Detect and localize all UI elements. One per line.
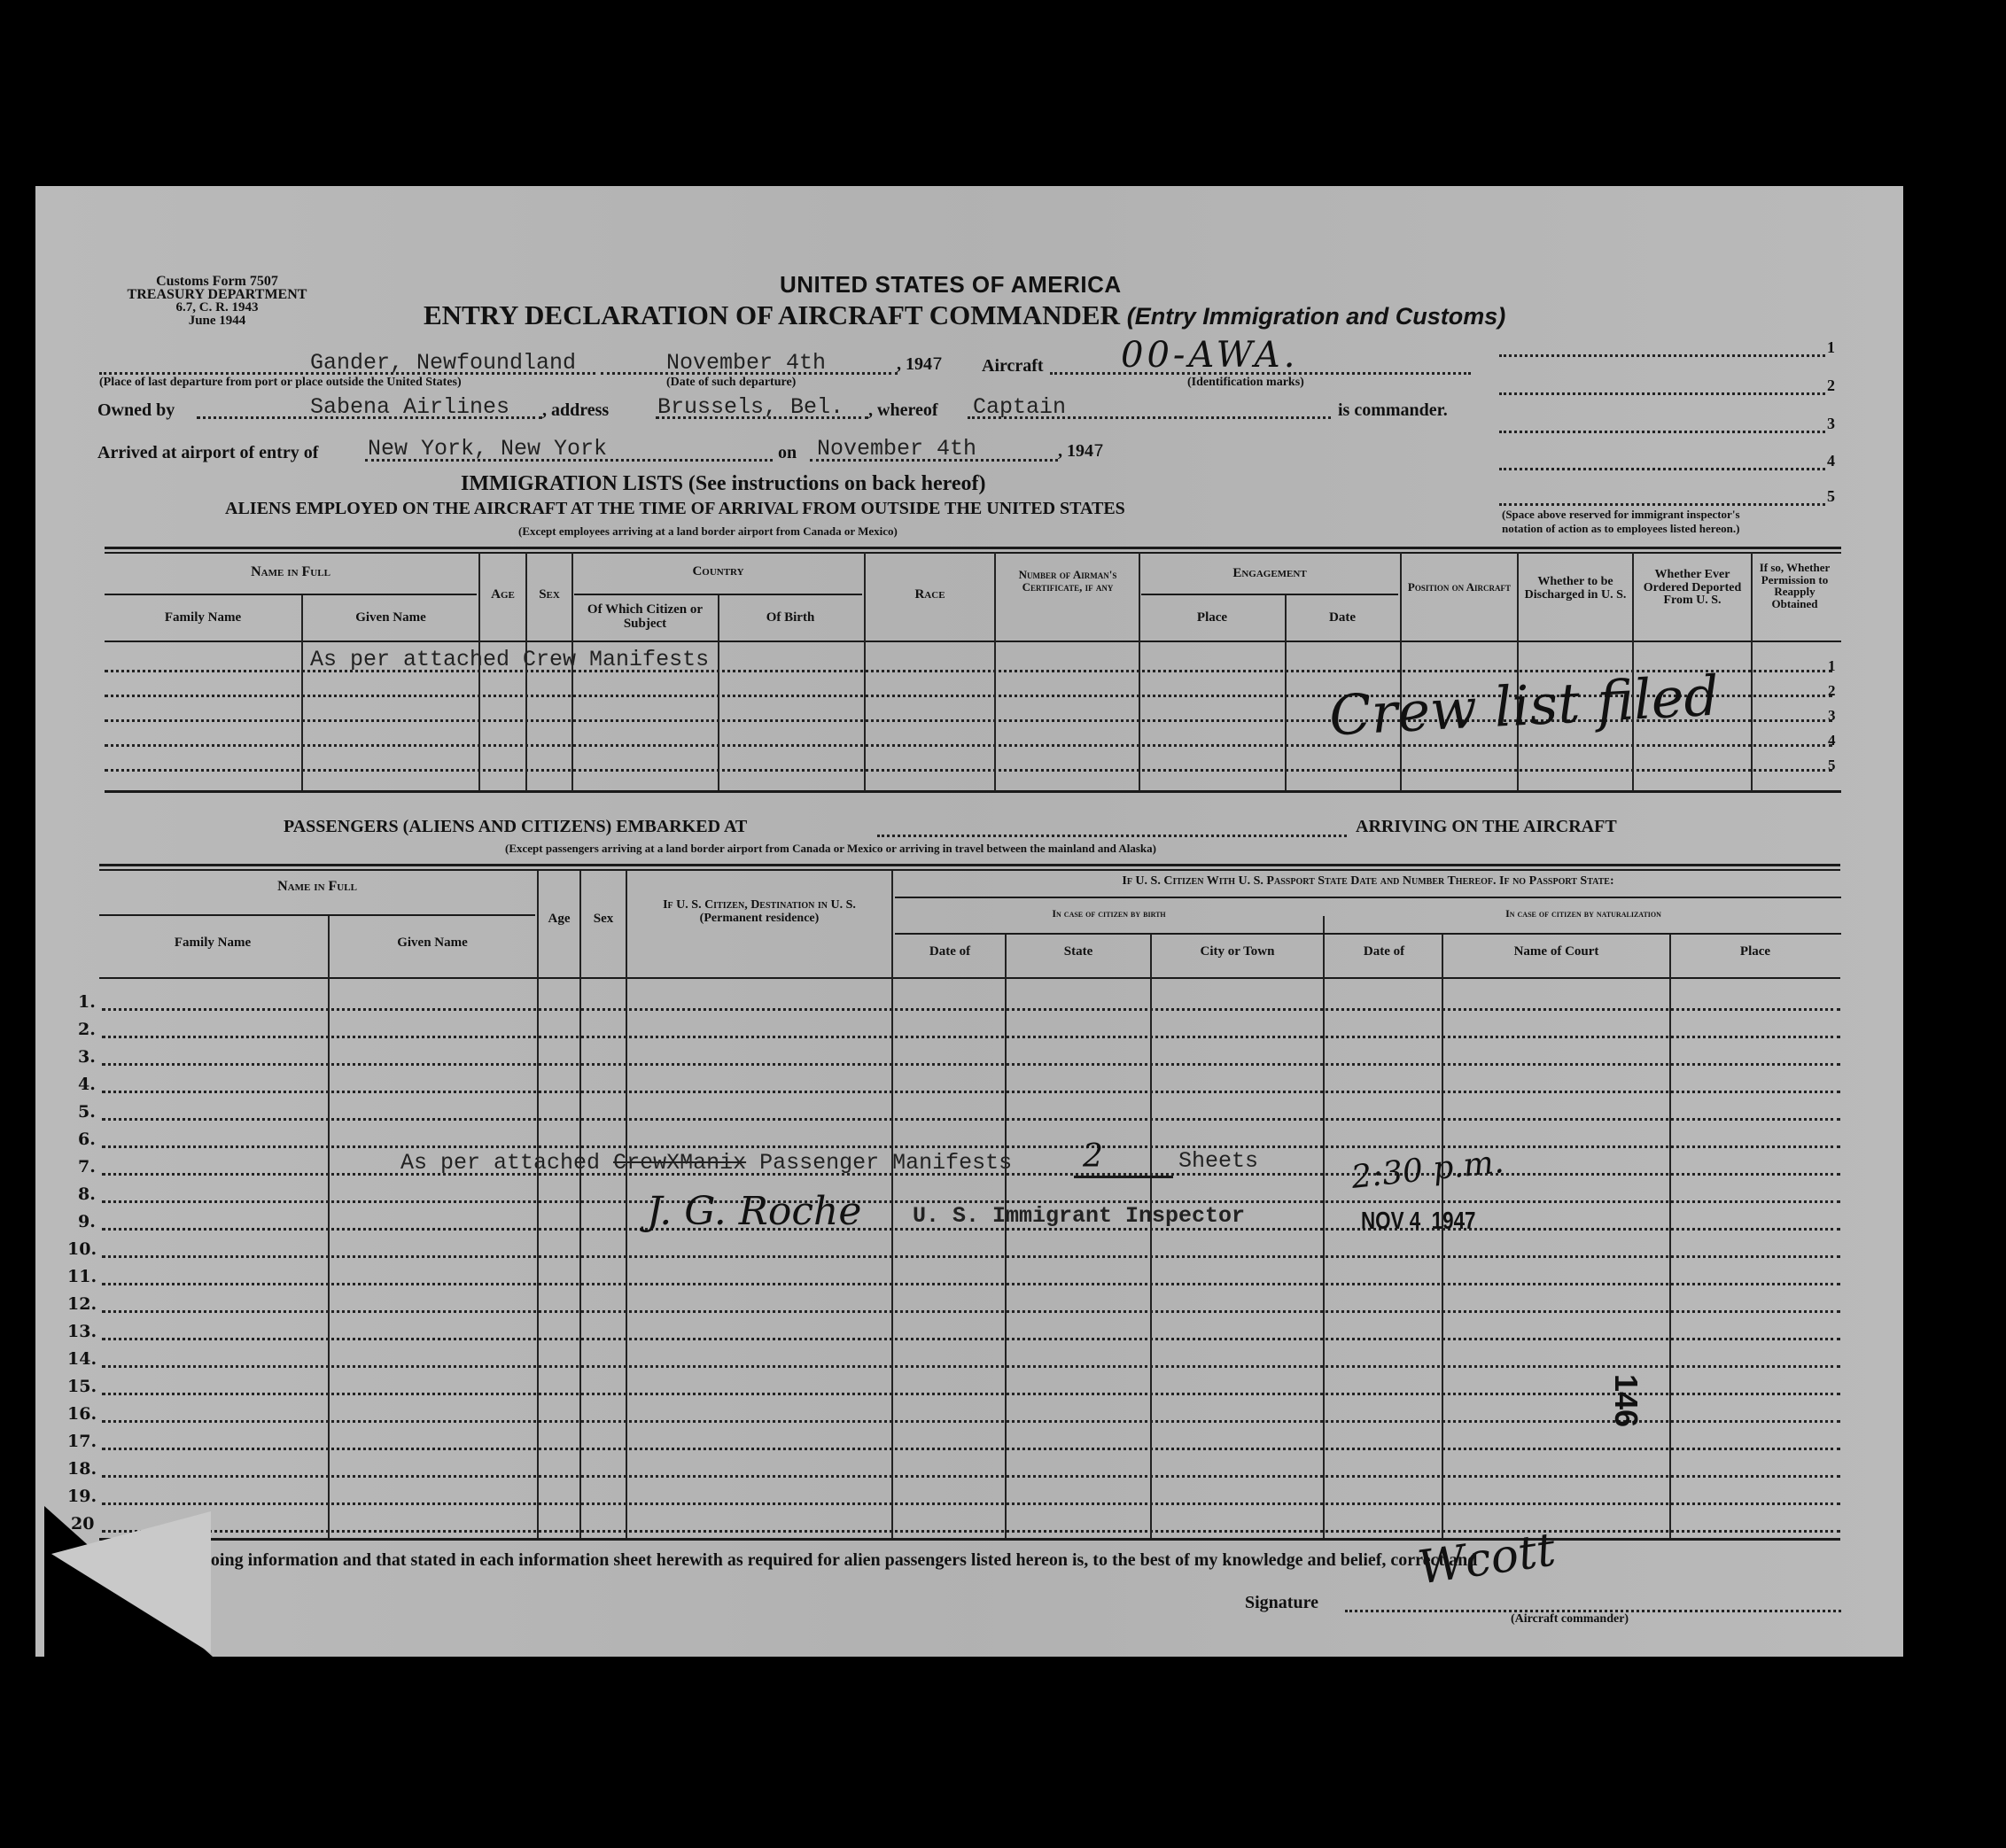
struck-text: CrewXManix <box>613 1150 746 1176</box>
pcol-given-name: Given Name <box>330 936 535 951</box>
pcol-city: City or Town <box>1152 945 1323 959</box>
departure-place-label: (Place of last departure from port or pl… <box>99 376 462 390</box>
inspector-title: U. S. Immigrant Inspector <box>913 1203 1245 1229</box>
signature-caption: (Aircraft commander) <box>1511 1612 1629 1627</box>
owner-field[interactable]: Sabena Airlines <box>310 394 509 420</box>
aircraft-label: Aircraft <box>982 356 1044 377</box>
col-birth-country: Of Birth <box>719 611 861 625</box>
department: TREASURY DEPARTMENT <box>89 288 346 301</box>
pcol-age: Age <box>539 912 579 927</box>
col-engagement-place: Place <box>1141 611 1283 625</box>
aliens-note: (Except employees arriving at a land bor… <box>518 524 898 539</box>
col-citizen-of: Of Which Citizen or Subject <box>574 603 716 632</box>
owned-by-label: Owned by <box>97 400 175 421</box>
col-given-name: Given Name <box>303 611 478 625</box>
passengers-note: (Except passengers arriving at a land bo… <box>505 842 1156 856</box>
col-position: Position on Aircraft <box>1402 581 1517 594</box>
declaration-text: e foregoing information and that stated … <box>159 1550 1477 1571</box>
departure-year: , 1947 <box>897 354 943 376</box>
arrival-date-field[interactable]: November 4th <box>817 436 976 462</box>
immigration-lists-title: IMMIGRATION LISTS (See instructions on b… <box>461 472 985 496</box>
arrival-airport-field[interactable]: New York, New York <box>368 436 607 462</box>
commander-suffix: is commander. <box>1338 400 1448 421</box>
pcol-family-name: Family Name <box>99 936 326 951</box>
form-date: June 1944 <box>89 314 346 328</box>
passengers-title: PASSENGERS (ALIENS AND CITIZENS) EMBARKE… <box>284 817 747 837</box>
pcol-place: Place <box>1671 945 1839 959</box>
commander-field[interactable]: Captain <box>973 394 1066 420</box>
pcol-passport: If U. S. Citizen With U. S. Passport Sta… <box>895 875 1841 889</box>
page-title: ENTRY DECLARATION OF AIRCRAFT COMMANDER … <box>424 299 1505 331</box>
aliens-employed-heading: ALIENS EMPLOYED ON THE AIRCRAFT AT THE T… <box>225 499 1125 519</box>
title-main: ENTRY DECLARATION OF AIRCRAFT COMMANDER <box>424 299 1120 330</box>
arrival-label: Arrived at airport of entry of <box>97 443 318 463</box>
passengers-title-right: ARRIVING ON THE AIRCRAFT <box>1356 817 1617 837</box>
col-engagement: Engagement <box>1141 567 1398 581</box>
pcol-destination: If U. S. Citizen, Destination in U. S. (… <box>627 899 891 925</box>
pcol-state: State <box>1007 945 1150 959</box>
pcol-sex: Sex <box>581 912 626 927</box>
departure-year-digit[interactable]: 7 <box>932 355 943 376</box>
pcol-court: Name of Court <box>1443 945 1669 959</box>
date-stamp: NOV 4 1947 <box>1361 1207 1476 1235</box>
col-discharged: Whether to be Discharged in U. S. <box>1519 576 1632 602</box>
col-airman-cert: Number of Airman's Certificate, if any <box>1010 569 1125 593</box>
departure-date-label: (Date of such departure) <box>666 376 796 390</box>
title-sub: (Entry Immigration and Customs) <box>1127 303 1506 330</box>
arrival-on-label: on <box>778 443 797 463</box>
col-family-name: Family Name <box>105 611 301 625</box>
col-engagement-date: Date <box>1287 611 1398 625</box>
sheets-label: Sheets <box>1178 1148 1258 1174</box>
whereof-label: , whereof <box>868 400 938 421</box>
arrival-year: , 1947 <box>1058 441 1104 462</box>
col-race: Race <box>866 588 994 602</box>
inspector-signature: J. G. Roche <box>647 1189 861 1234</box>
aircraft-id-field[interactable]: 00-AWA. <box>1121 335 1298 376</box>
pcol-by-naturalization: In case of citizen by naturalization <box>1326 908 1840 920</box>
address-label: , address <box>542 400 609 421</box>
passenger-typed-entry[interactable]: As per attached CrewXManix Passenger Man… <box>400 1150 1012 1176</box>
form-id-block: Customs Form 7507 TREASURY DEPARTMENT 6.… <box>89 275 346 328</box>
inspector-notation-caption: (Space above reserved for immigrant insp… <box>1502 508 1740 536</box>
regulation: 6.7, C. R. 1943 <box>89 301 346 314</box>
crew-typed-entry[interactable]: As per attached Crew Manifests <box>310 647 709 672</box>
pcol-nat-date: Date of <box>1326 945 1442 959</box>
pcol-name-in-full: Name in Full <box>99 880 535 895</box>
pcol-by-birth: In case of citizen by birth <box>895 908 1323 920</box>
col-reapply: If so, Whether Permission to Reapply Obt… <box>1753 562 1837 610</box>
col-name-in-full: Name in Full <box>105 565 477 580</box>
pcol-birth-date: Date of <box>895 945 1005 959</box>
form-number: Customs Form 7507 <box>89 275 346 288</box>
address-field[interactable]: Brussels, Bel. <box>657 394 844 420</box>
signature-label: Signature <box>1245 1593 1318 1613</box>
col-sex: Sex <box>527 588 571 602</box>
col-deported: Whether Ever Ordered Deported From U. S. <box>1634 569 1751 608</box>
country-heading: UNITED STATES OF AMERICA <box>780 271 1122 299</box>
departure-date-field[interactable]: November 4th <box>666 350 826 376</box>
col-country: Country <box>574 565 862 579</box>
page-number-stamp: 146 <box>1607 1374 1644 1427</box>
sheets-count[interactable]: 2 <box>1083 1138 1103 1175</box>
arrival-year-digit[interactable]: 7 <box>1093 442 1104 462</box>
departure-place-field[interactable]: Gander, Newfoundland <box>310 350 576 376</box>
aircraft-id-label: (Identification marks) <box>1187 376 1304 390</box>
col-age: Age <box>480 588 525 602</box>
